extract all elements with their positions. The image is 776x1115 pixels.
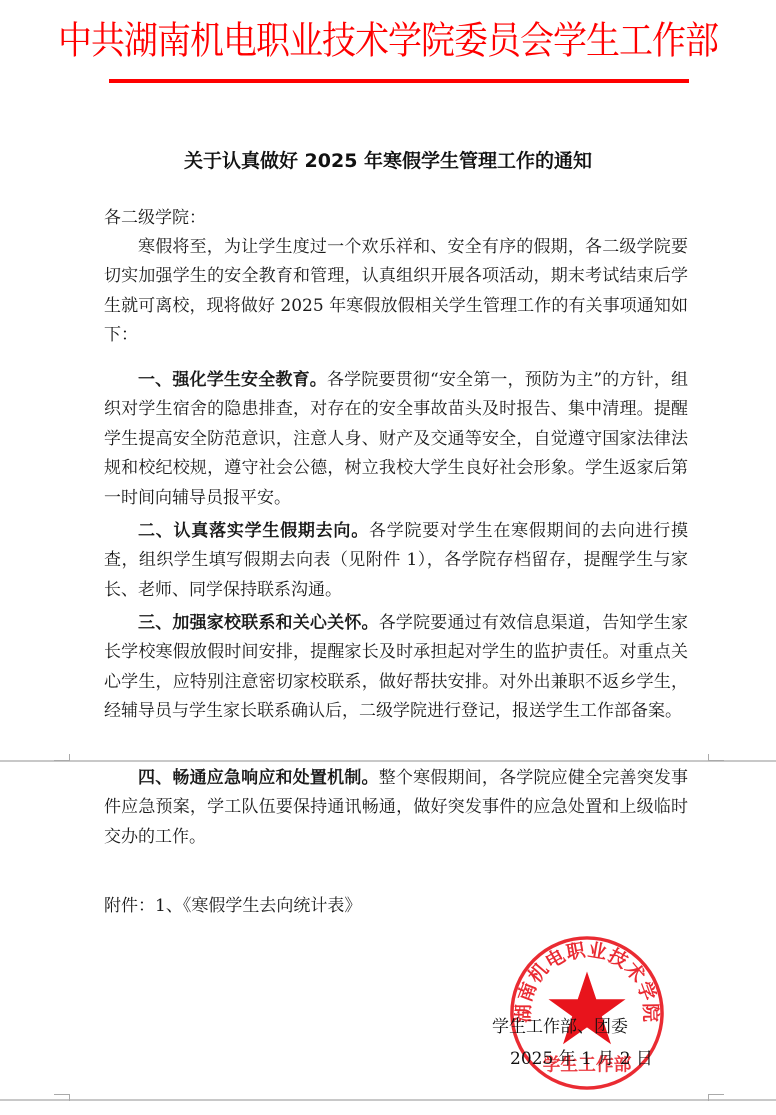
page-corner-mark xyxy=(54,754,70,761)
issue-date: 2025 年 1 月 2 日 xyxy=(510,1044,653,1069)
section-2: 二、认真落实学生假期去向。各学院要对学生在寒假期间的去向进行摸查，组织学生填写假… xyxy=(104,517,688,605)
masthead-org-name: 中共湖南机电职业技术学院委员会学生工作部 xyxy=(0,10,776,65)
section-heading: 二、认真落实学生假期去向。 xyxy=(138,521,369,541)
attachment-line: 附件：1、《寒假学生去向统计表》 xyxy=(104,892,688,921)
section-1: 一、强化学生安全教育。各学院要贯彻“安全第一，预防为主”的方针，组织对学生宿舍的… xyxy=(104,366,688,513)
salutation: 各二级学院： xyxy=(104,204,688,233)
intro-text: 寒假将至，为让学生度过一个欢乐祥和、安全有序的假期，各二级学院要切实加强学生的安… xyxy=(104,233,688,351)
section-3: 三、加强家校联系和关心关怀。各学院要通过有效信息渠道，告知学生家长学校寒假放假时… xyxy=(104,609,688,727)
intro-paragraph: 寒假将至，为让学生度过一个欢乐祥和、安全有序的假期，各二级学院要切实加强学生的安… xyxy=(104,233,688,351)
page-break xyxy=(0,760,776,762)
section-text: 各学院要贯彻“安全第一，预防为主”的方针，组织对学生宿舍的隐患排查，对存在的安全… xyxy=(104,370,688,508)
page-corner-mark xyxy=(708,1094,724,1101)
page-corner-mark xyxy=(54,1094,70,1101)
section-heading: 四、畅通应急响应和处置机制。 xyxy=(138,768,379,788)
section-heading: 三、加强家校联系和关心关怀。 xyxy=(138,613,379,633)
section-4: 四、畅通应急响应和处置机制。整个寒假期间，各学院应健全完善突发事件应急预案，学工… xyxy=(104,764,688,852)
page-corner-mark xyxy=(708,754,724,761)
masthead-divider xyxy=(109,79,689,83)
page-break xyxy=(0,1099,776,1101)
document-title: 关于认真做好 2025 年寒假学生管理工作的通知 xyxy=(0,146,776,173)
issuer-signature: 学生工作部、团委 xyxy=(492,1012,628,1037)
section-heading: 一、强化学生安全教育。 xyxy=(138,370,327,390)
